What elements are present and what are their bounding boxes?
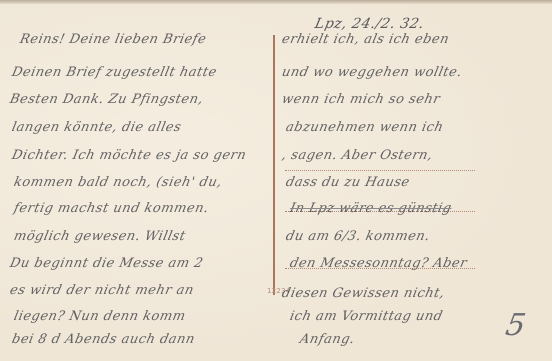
letter-line-right: ich am Vormittag und [288,309,444,324]
letter-line-right: diesen Gewissen nicht, [280,286,446,301]
letter-line-right: , sagen. Aber Ostern, [280,148,434,163]
letter-line-left: Reins! Deine lieben Briefe [18,32,207,47]
place-date: Lpz, 24./2. 32. [313,16,425,32]
letter-line-right-struck: In Lpz wäre es günstig [288,201,453,216]
dotted-guide-line [285,170,475,171]
column-divider-line [273,35,275,295]
letter-line-right: erhielt ich, als ich eben [280,32,450,47]
letter-line-right: den Messesonntag? Aber [288,256,468,271]
letter-line-left: kommen bald noch, (sieh' du, [12,175,223,190]
letter-line-right: wenn ich mich so sehr [280,92,441,107]
letter-line-left: Deinen Brief zugestellt hatte [10,65,218,80]
letter-line-left: langen könnte, die alles [10,120,182,135]
letter-line-left: Besten Dank. Zu Pfingsten, [8,92,204,107]
letter-line-right: Anfang. [298,332,356,347]
letter-line-left: Du beginnt die Messe am 2 [8,256,204,271]
letter-line-right: dass du zu Hause [284,175,411,190]
letter-line-left: fertig machst und kommen. [12,201,210,216]
letter-line-left: es wird der nicht mehr an [8,283,195,298]
letter-line-left: Dichter. Ich möchte es ja so gern [10,148,247,163]
letter-line-right: abzunehmen wenn ich [284,120,444,135]
letter-line-left: liegen? Nun denn komm [12,309,187,324]
letter-line-left: möglich gewesen. Willst [12,229,187,244]
letter-line-left: bei 8 d Abends auch dann [10,332,196,347]
letter-line-right: und wo weggehen wollte. [280,65,463,80]
letter-line-right: du am 6/3. kommen. [284,229,431,244]
